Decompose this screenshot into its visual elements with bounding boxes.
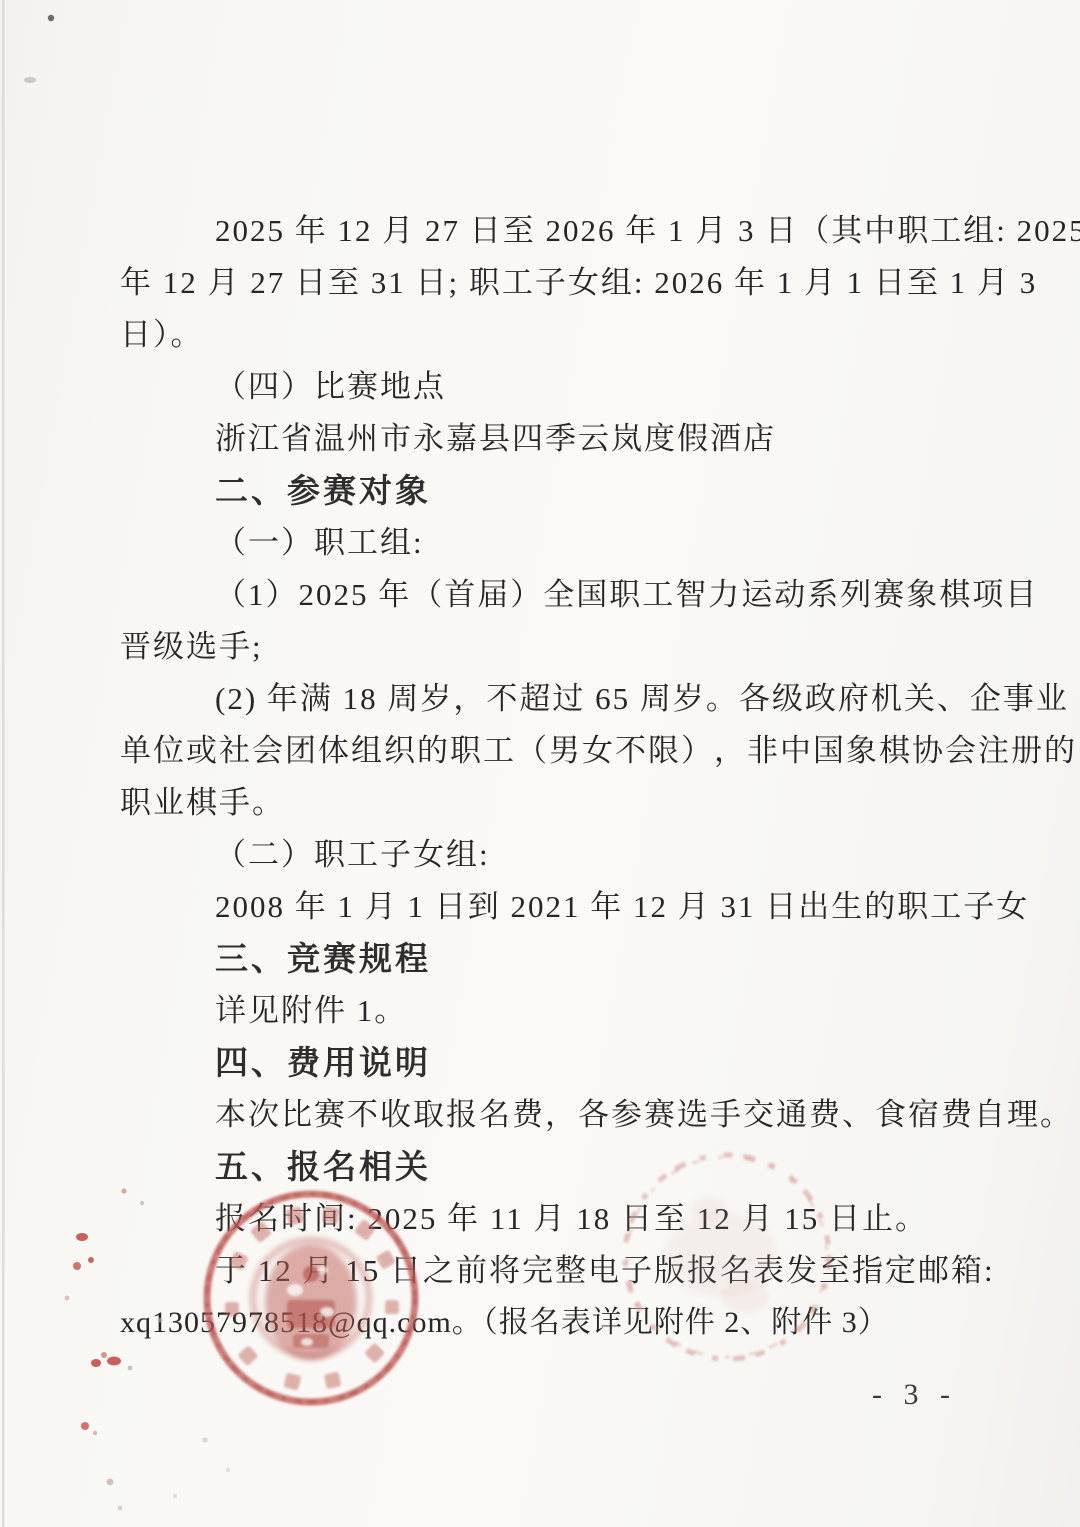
text-line: 2008 年 1 月 1 日到 2021 年 12 月 31 日出生的职工子女 bbox=[120, 881, 960, 933]
page-number: - 3 - bbox=[872, 1378, 957, 1412]
text-line: 报名时间: 2025 年 11 月 18 日至 12 月 15 日止。 bbox=[120, 1193, 960, 1245]
text-line: (2) 年满 18 周岁，不超过 65 周岁。各级政府机关、企事业 bbox=[120, 673, 960, 725]
text-line: 本次比赛不收取报名费，各参赛选手交通费、食宿费自理。 bbox=[120, 1089, 960, 1141]
text-line: （四）比赛地点 bbox=[120, 361, 960, 413]
section-heading: 四、费用说明 bbox=[120, 1037, 960, 1089]
text-line: xq13057978518@qq.com。（报名表详见附件 2、附件 3） bbox=[120, 1297, 960, 1349]
section-heading: 二、参赛对象 bbox=[120, 465, 960, 517]
text-line: 年 12 月 27 日至 31 日; 职工子女组: 2026 年 1 月 1 日… bbox=[120, 257, 960, 309]
text-line: 晋级选手; bbox=[120, 621, 960, 673]
text-line: 单位或社会团体组织的职工（男女不限），非中国象棋协会注册的 bbox=[120, 725, 960, 777]
text-line: 日）。 bbox=[120, 309, 960, 361]
text-line: （二）职工子女组: bbox=[120, 829, 960, 881]
document-body: 2025 年 12 月 27 日至 2026 年 1 月 3 日（其中职工组: … bbox=[120, 205, 960, 1349]
text-line: 详见附件 1。 bbox=[120, 985, 960, 1037]
section-heading: 三、竞赛规程 bbox=[120, 933, 960, 985]
scan-edge-line bbox=[2, 0, 5, 1527]
text-line: （一）职工组: bbox=[120, 517, 960, 569]
text-line: 职业棋手。 bbox=[120, 777, 960, 829]
text-line: 2025 年 12 月 27 日至 2026 年 1 月 3 日（其中职工组: … bbox=[120, 205, 960, 257]
text-line: （1）2025 年（首届）全国职工智力运动系列赛象棋项目 bbox=[120, 569, 960, 621]
text-line: 浙江省温州市永嘉县四季云岚度假酒店 bbox=[120, 413, 960, 465]
text-line: 于 12 月 15 日之前将完整电子版报名表发至指定邮箱: bbox=[120, 1245, 960, 1297]
section-heading: 五、报名相关 bbox=[120, 1141, 960, 1193]
scanned-document-page: 2025 年 12 月 27 日至 2026 年 1 月 3 日（其中职工组: … bbox=[0, 0, 1080, 1527]
